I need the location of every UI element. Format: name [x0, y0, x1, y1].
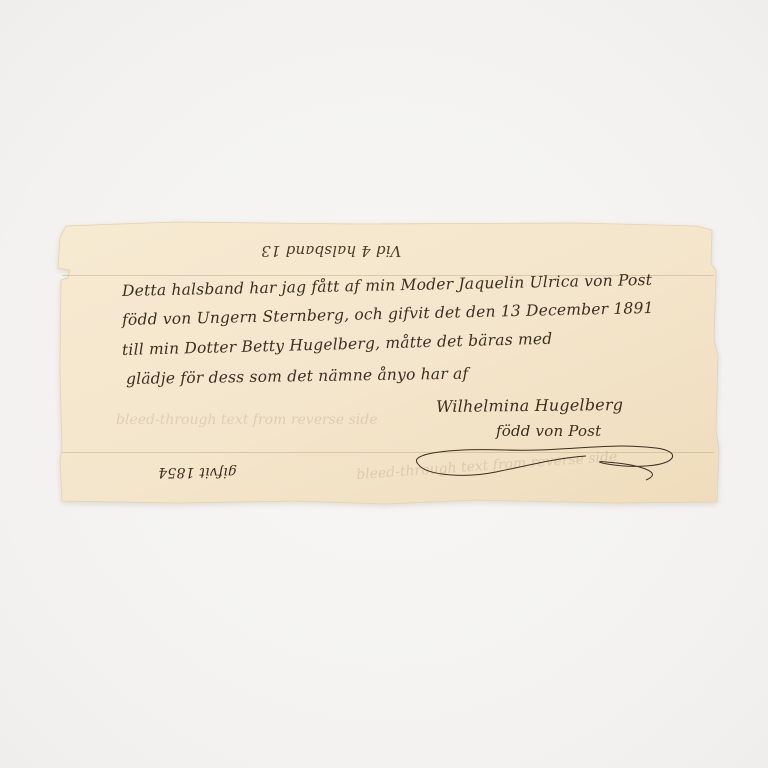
- handwritten-letter: bleed-through text from reverse side ble…: [56, 220, 720, 506]
- upside-down-note-bottom: gifvit 1854: [158, 464, 237, 480]
- signature-maiden-name: född von Post: [496, 422, 601, 440]
- upside-down-note-top: Vid 4 halsband 13: [261, 242, 401, 260]
- photo-backdrop: bleed-through text from reverse side ble…: [0, 0, 768, 768]
- signature-name: Wilhelmina Hugelberg: [436, 395, 623, 416]
- signature-flourish: [406, 442, 686, 492]
- bleed-through-text: bleed-through text from reverse side: [116, 412, 378, 428]
